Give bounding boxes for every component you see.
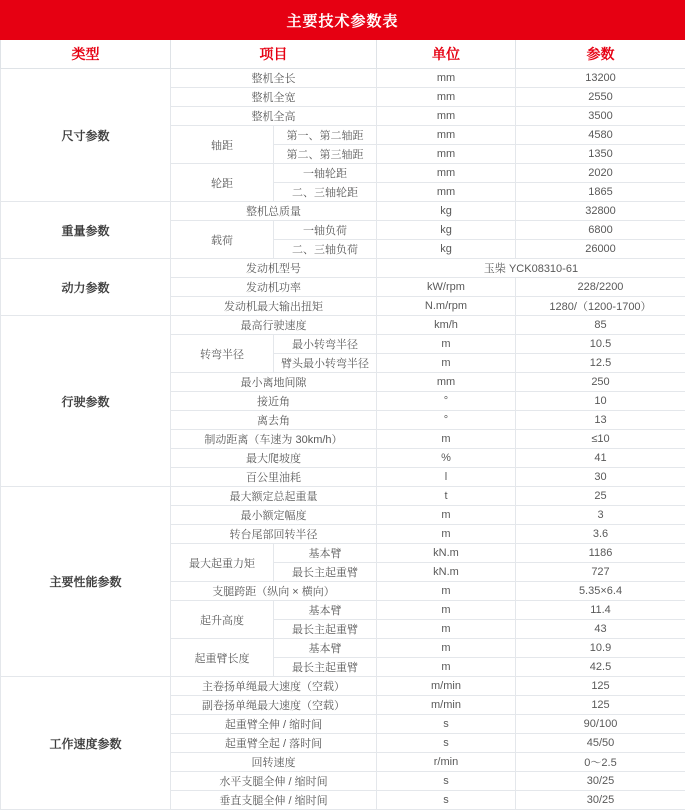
- cell-value: 1280/（1200-1700）: [516, 297, 685, 316]
- cell-value: 30: [516, 468, 685, 487]
- group-label: 轮距: [171, 164, 274, 202]
- table-row: 动力参数 发动机型号 玉柴 YCK08310-61: [1, 259, 685, 278]
- cell-item: 最长主起重臂: [274, 620, 377, 639]
- cell-item: 一轴负荷: [274, 221, 377, 240]
- cell-value: 26000: [516, 240, 685, 259]
- cell-unit: s: [377, 791, 516, 810]
- cell-unit: m: [377, 582, 516, 601]
- cell-unit: m: [377, 525, 516, 544]
- cell-item: 最大额定总起重量: [171, 487, 377, 506]
- cell-item: 最高行驶速度: [171, 316, 377, 335]
- header-row: 类型 项目 单位 参数: [1, 40, 685, 69]
- cell-value: 11.4: [516, 601, 685, 620]
- cell-unit: s: [377, 772, 516, 791]
- section-label: 动力参数: [1, 259, 171, 316]
- cell-item: 最长主起重臂: [274, 658, 377, 677]
- cell-unit: m: [377, 620, 516, 639]
- table-row: 重量参数 整机总质量 kg 32800: [1, 202, 685, 221]
- cell-item: 制动距离（车速为 30km/h）: [171, 430, 377, 449]
- cell-unit: kN.m: [377, 544, 516, 563]
- cell-value: 30/25: [516, 791, 685, 810]
- cell-item: 一轴轮距: [274, 164, 377, 183]
- cell-item: 离去角: [171, 411, 377, 430]
- cell-item: 回转速度: [171, 753, 377, 772]
- cell-unit: r/min: [377, 753, 516, 772]
- table-row: 行驶参数 最高行驶速度 km/h 85: [1, 316, 685, 335]
- col-header-value: 参数: [516, 40, 685, 69]
- cell-item: 最小额定幅度: [171, 506, 377, 525]
- table-row: 尺寸参数 整机全长 mm 13200: [1, 69, 685, 88]
- cell-unit: m: [377, 639, 516, 658]
- table-row: 主要性能参数 最大额定总起重量 t 25: [1, 487, 685, 506]
- group-label: 转弯半径: [171, 335, 274, 373]
- cell-unit: m/min: [377, 677, 516, 696]
- cell-value: 5.35×6.4: [516, 582, 685, 601]
- cell-value: 250: [516, 373, 685, 392]
- cell-item: 整机全宽: [171, 88, 377, 107]
- cell-unit: m: [377, 601, 516, 620]
- cell-item: 整机全长: [171, 69, 377, 88]
- cell-unit: kW/rpm: [377, 278, 516, 297]
- cell-item: 发动机最大输出扭矩: [171, 297, 377, 316]
- cell-item: 支腿跨距（纵向 × 横向）: [171, 582, 377, 601]
- cell-value: 43: [516, 620, 685, 639]
- cell-unit: N.m/rpm: [377, 297, 516, 316]
- cell-item: 副卷扬单绳最大速度（空载）: [171, 696, 377, 715]
- group-label: 轴距: [171, 126, 274, 164]
- cell-item: 第二、第三轴距: [274, 145, 377, 164]
- cell-value: 90/100: [516, 715, 685, 734]
- cell-unit: %: [377, 449, 516, 468]
- cell-unit: m: [377, 354, 516, 373]
- cell-unit: °: [377, 411, 516, 430]
- cell-value: 125: [516, 696, 685, 715]
- section-label: 主要性能参数: [1, 487, 171, 677]
- cell-item: 最大爬坡度: [171, 449, 377, 468]
- cell-unit: m: [377, 430, 516, 449]
- cell-value: 30/25: [516, 772, 685, 791]
- cell-value: 727: [516, 563, 685, 582]
- cell-value: 6800: [516, 221, 685, 240]
- cell-unit: mm: [377, 69, 516, 88]
- col-header-unit: 单位: [377, 40, 516, 69]
- section-label: 行驶参数: [1, 316, 171, 487]
- cell-unit: mm: [377, 373, 516, 392]
- cell-item: 第一、第二轴距: [274, 126, 377, 145]
- group-label: 起升高度: [171, 601, 274, 639]
- cell-unit: kg: [377, 240, 516, 259]
- cell-unit: m: [377, 658, 516, 677]
- cell-item: 转台尾部回转半径: [171, 525, 377, 544]
- cell-unit: s: [377, 715, 516, 734]
- cell-unit: m/min: [377, 696, 516, 715]
- cell-unit: l: [377, 468, 516, 487]
- col-header-item: 项目: [171, 40, 377, 69]
- cell-value: 125: [516, 677, 685, 696]
- cell-value: 2020: [516, 164, 685, 183]
- cell-value: 32800: [516, 202, 685, 221]
- cell-value: 45/50: [516, 734, 685, 753]
- cell-unit: m: [377, 335, 516, 354]
- cell-unit: m: [377, 506, 516, 525]
- cell-unit: mm: [377, 126, 516, 145]
- cell-item: 整机总质量: [171, 202, 377, 221]
- cell-item: 发动机型号: [171, 259, 377, 278]
- cell-value: 1350: [516, 145, 685, 164]
- cell-value: 3: [516, 506, 685, 525]
- cell-unit: kg: [377, 202, 516, 221]
- cell-unit: mm: [377, 88, 516, 107]
- cell-value: 4580: [516, 126, 685, 145]
- cell-value: 1865: [516, 183, 685, 202]
- cell-value: 25: [516, 487, 685, 506]
- cell-value: 42.5: [516, 658, 685, 677]
- cell-unit: mm: [377, 164, 516, 183]
- cell-unit: mm: [377, 107, 516, 126]
- cell-value: 10: [516, 392, 685, 411]
- cell-unit: t: [377, 487, 516, 506]
- cell-item: 最小离地间隙: [171, 373, 377, 392]
- cell-value: 12.5: [516, 354, 685, 373]
- cell-value: 3500: [516, 107, 685, 126]
- cell-unit: km/h: [377, 316, 516, 335]
- cell-value: 13: [516, 411, 685, 430]
- section-label: 工作速度参数: [1, 677, 171, 810]
- cell-item: 基本臂: [274, 544, 377, 563]
- cell-value: 13200: [516, 69, 685, 88]
- cell-item: 基本臂: [274, 639, 377, 658]
- cell-unit: mm: [377, 183, 516, 202]
- cell-item: 整机全高: [171, 107, 377, 126]
- cell-unit: kN.m: [377, 563, 516, 582]
- cell-unit: s: [377, 734, 516, 753]
- cell-item: 起重臂全起 / 落时间: [171, 734, 377, 753]
- cell-value: 0～2.5: [516, 753, 685, 772]
- cell-item: 基本臂: [274, 601, 377, 620]
- cell-item: 垂直支腿全伸 / 缩时间: [171, 791, 377, 810]
- cell-item: 二、三轴轮距: [274, 183, 377, 202]
- group-label: 载荷: [171, 221, 274, 259]
- cell-value: 2550: [516, 88, 685, 107]
- cell-item: 百公里油耗: [171, 468, 377, 487]
- cell-value: 10.9: [516, 639, 685, 658]
- cell-value: 3.6: [516, 525, 685, 544]
- cell-item: 最小转弯半径: [274, 335, 377, 354]
- group-label: 起重臂长度: [171, 639, 274, 677]
- cell-unit: °: [377, 392, 516, 411]
- section-label: 重量参数: [1, 202, 171, 259]
- cell-item: 接近角: [171, 392, 377, 411]
- table-title: 主要技术参数表: [0, 0, 685, 40]
- cell-value: 1186: [516, 544, 685, 563]
- cell-item: 最长主起重臂: [274, 563, 377, 582]
- cell-item: 臂头最小转弯半径: [274, 354, 377, 373]
- cell-item: 主卷扬单绳最大速度（空载）: [171, 677, 377, 696]
- cell-value: 85: [516, 316, 685, 335]
- spec-table: 类型 项目 单位 参数 尺寸参数 整机全长 mm 13200 整机全宽 mm 2…: [0, 40, 685, 810]
- cell-value: ≤10: [516, 430, 685, 449]
- cell-item: 水平支腿全伸 / 缩时间: [171, 772, 377, 791]
- spec-page: 主要技术参数表 类型 项目 单位 参数 尺寸参数 整机全长 mm 13200 整…: [0, 0, 685, 810]
- cell-value: 41: [516, 449, 685, 468]
- col-header-type: 类型: [1, 40, 171, 69]
- group-label: 最大起重力矩: [171, 544, 274, 582]
- cell-item: 起重臂全伸 / 缩时间: [171, 715, 377, 734]
- cell-value: 228/2200: [516, 278, 685, 297]
- section-label: 尺寸参数: [1, 69, 171, 202]
- cell-unit: mm: [377, 145, 516, 164]
- cell-item: 二、三轴负荷: [274, 240, 377, 259]
- cell-unit: kg: [377, 221, 516, 240]
- cell-item: 发动机功率: [171, 278, 377, 297]
- cell-value: 10.5: [516, 335, 685, 354]
- cell-value: 玉柴 YCK08310-61: [377, 259, 685, 278]
- table-row: 工作速度参数 主卷扬单绳最大速度（空载） m/min 125: [1, 677, 685, 696]
